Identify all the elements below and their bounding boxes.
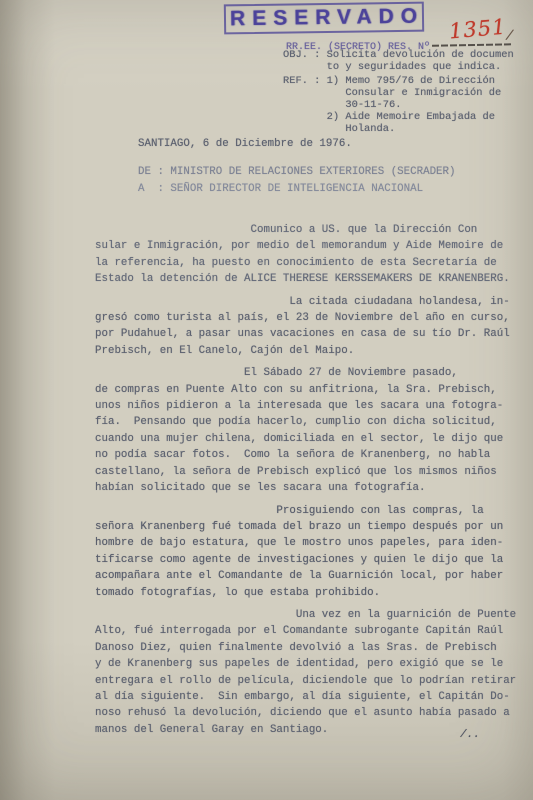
registry-slash-mark: / (504, 27, 515, 45)
from-line: DE : MINISTRO DE RELACIONES EXTERIORES (… (138, 166, 455, 178)
classification-stamp: RESERVADO (224, 2, 424, 35)
registry-underline (432, 43, 512, 46)
paragraph: Comunico a US. que la Dirección Con sula… (95, 222, 525, 288)
paragraph: Una vez en la guarnición de Puente Alto,… (95, 607, 525, 738)
paragraph: La citada ciudadana holandesa, in- gresó… (95, 294, 525, 360)
registry-line: RR.EE. (SECRETO) RES. Nº (262, 31, 430, 47)
registry-number-handwritten: 1351 (448, 15, 507, 44)
continuation-mark: /.. (460, 729, 480, 741)
document-body: Comunico a US. que la Dirección Con sula… (95, 222, 525, 744)
paragraph: El Sábado 27 de Noviembre pasado, de com… (95, 365, 525, 496)
classification-stamp-label: RESERVADO (224, 5, 424, 32)
objective-block: OBJ. : Solicita devolución de documen to… (283, 50, 514, 74)
dateline: SANTIAGO, 6 de Diciembre de 1976. (138, 138, 352, 150)
paragraph: Prosiguiendo con las compras, la señora … (95, 503, 525, 601)
reference-block: REF. : 1) Memo 795/76 de Dirección Consu… (283, 76, 501, 136)
scanned-document-page: RESERVADO RR.EE. (SECRETO) RES. Nº 1351 … (0, 0, 533, 800)
to-line: A : SEÑOR DIRECTOR DE INTELIGENCIA NACIO… (138, 183, 423, 195)
